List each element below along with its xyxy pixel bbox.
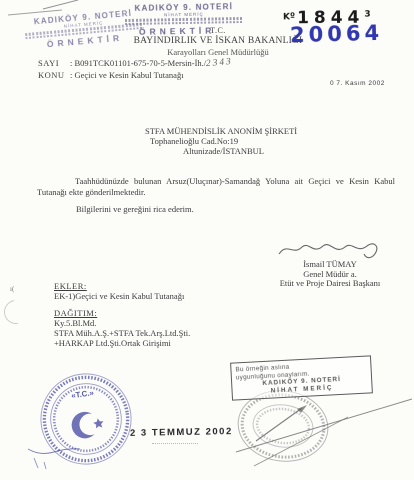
body-paragraph: Taahhüdünüzde bulunan Arsuz(Uluçınar)-Sa… xyxy=(37,176,395,198)
distribution-item: STFA Müh.A.Ş.+STFA Tek.Arş.Ltd.Şti. xyxy=(54,328,190,338)
scanned-letter-page: KADIKÖY 9. NOTERİ NİHAT MERİÇ ÖRNEKTİR K… xyxy=(0,0,414,480)
konu-row: KONU: Geçici ve Kesin Kabul Tutanağı xyxy=(38,70,233,81)
distribution-item: Ky.5.Bl.Md. xyxy=(54,318,190,328)
registry-number-prefix: Kº xyxy=(283,12,295,22)
sayi-label: SAYI xyxy=(38,58,70,69)
letterhead-department: Karayolları Genel Müdürlüğü xyxy=(118,47,318,57)
certification-stamp: Bu örneğin aslına uygunluğunu onaylarım.… xyxy=(230,355,373,401)
signer-title-2: Etüt ve Proje Dairesi Başkanı xyxy=(250,279,410,289)
sayi-row: SAYI: B091TCK01101-675-70-5-Mersin-İh./2… xyxy=(38,58,233,70)
reference-block: SAYI: B091TCK01101-675-70-5-Mersin-İh./2… xyxy=(38,58,233,80)
letterhead-ministry: BAYINDIRLIK VE İSKAN BAKANLIĞI xyxy=(118,36,318,46)
recipient-street: Tophanelioğlu Cad.No:19 xyxy=(150,136,297,146)
registry-number-suffix: 3 xyxy=(364,10,370,20)
margin-ring-mark xyxy=(0,295,33,328)
notary-date-stamp: 2 3 TEMMUZ 2002 xyxy=(130,426,233,439)
registry-number-blue: 20064 xyxy=(290,21,384,47)
stamp-smudge xyxy=(152,443,198,444)
distribution-title: DAĞITIM: xyxy=(54,308,190,318)
incoming-date-stamp: 0 7. Kasım 2002 xyxy=(330,80,385,87)
sayi-handwritten-number: 2343 xyxy=(206,57,234,70)
blue-notary-seal: «T.C.» xyxy=(30,364,143,475)
distribution-item: +HARKAP Ltd.Şti.Ortak Girişimi xyxy=(54,338,190,348)
attachment-item: EK-1)Geçici ve Kesin Kabul Tutanağı xyxy=(54,291,184,301)
attachments-title: EKLER: xyxy=(54,281,184,291)
recipient-company: STFA MÜHENDİSLİK ANONİM ŞİRKETİ xyxy=(145,126,297,136)
distribution-block: DAĞITIM: Ky.5.Bl.Md. STFA Müh.A.Ş.+STFA … xyxy=(54,308,190,348)
konu-value: : Geçici ve Kesin Kabul Tutanağı xyxy=(70,70,184,80)
seal-tc-text: «T.C.» xyxy=(71,388,95,400)
closing-line: Bilgilerini ve gereğini rica ederim. xyxy=(76,204,194,214)
recipient-address: STFA MÜHENDİSLİK ANONİM ŞİRKETİ Tophanel… xyxy=(145,126,297,156)
recipient-city: Altunizade/İSTANBUL xyxy=(183,146,297,156)
attachments-block: EKLER: EK-1)Geçici ve Kesin Kabul Tutana… xyxy=(54,281,184,301)
signature-block: İsmail TÜMAY Genel Müdür a. Etüt ve Proj… xyxy=(250,238,410,289)
notary-stamp-top-center: KADIKÖY 9. NOTERİ NİHAT MERİÇ ÖRNEKTİR xyxy=(118,2,251,37)
konu-label: KONU xyxy=(38,70,70,81)
sayi-value: : B091TCK01101-675-70-5-Mersin-İh./ xyxy=(70,58,206,68)
margin-pen-mark: ı( xyxy=(10,285,14,293)
